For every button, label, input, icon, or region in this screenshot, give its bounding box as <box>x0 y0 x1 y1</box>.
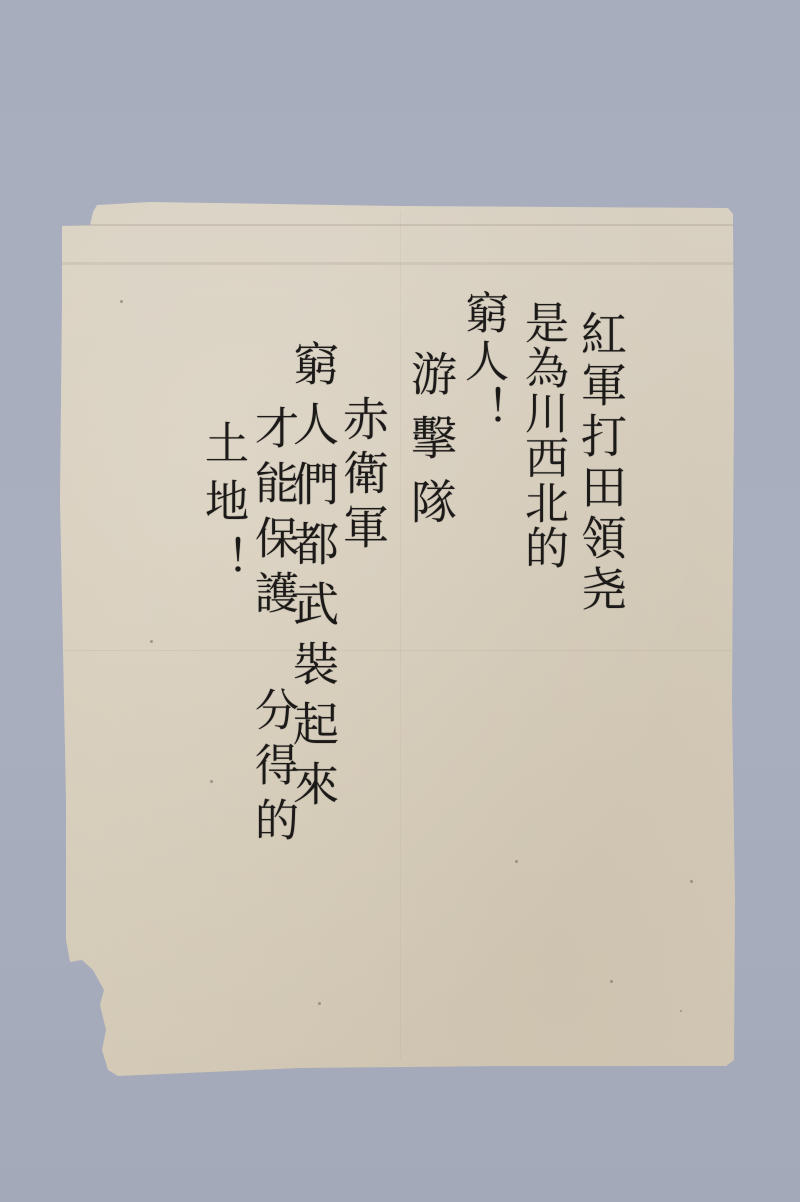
paper-speck <box>515 860 518 863</box>
text-column-2: 是為川西北的 <box>520 300 564 570</box>
paper-speck <box>680 1010 682 1012</box>
text-column-8: 土地！ <box>200 420 244 594</box>
paper-speck <box>150 640 153 643</box>
paper-speck <box>210 780 213 783</box>
text-column-7: 才能保護 分得的 <box>250 405 294 852</box>
paper-speck <box>318 1002 321 1005</box>
text-column-3: 窮人！ <box>460 290 504 434</box>
paper-speck <box>690 880 693 883</box>
paper-vertical-crease <box>400 210 401 1060</box>
paper-speck <box>610 980 613 983</box>
paper-speck <box>120 300 123 303</box>
text-column-5: 赤衛軍 <box>340 395 386 557</box>
text-column-4: 游擊隊 <box>408 350 454 542</box>
paper-sheet <box>0 0 800 1202</box>
document-photo: 紅軍打田領尧 是為川西北的 窮人！ 游擊隊 赤衛軍 窮人們都武裝起來 才能保護 … <box>0 0 800 1202</box>
text-column-1: 紅軍打田領尧 <box>578 310 624 616</box>
